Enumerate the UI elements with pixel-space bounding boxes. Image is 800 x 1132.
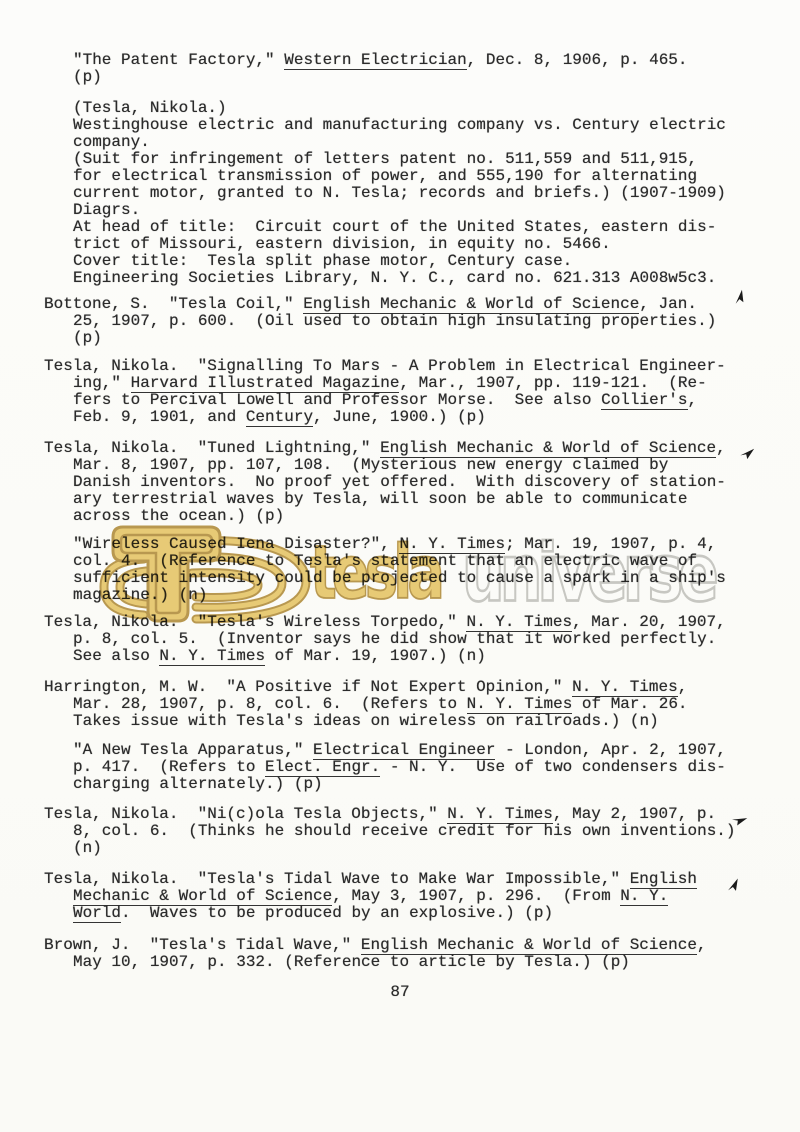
text-segment: company. <box>73 134 150 151</box>
bib-line: Engineering Societies Library, N. Y. C.,… <box>73 270 716 287</box>
text-segment: , Mar., 1907, pp. 119-121. (Re- <box>399 375 706 392</box>
text-segment: "A New Tesla Apparatus," <box>73 742 313 759</box>
text-segment: (Suit for infringement of letters patent… <box>73 151 697 168</box>
bib-line: (p) <box>73 69 102 86</box>
text-segment: Diagrs. <box>73 202 140 219</box>
text-segment: Tesla, Nikola. "Tuned Lightning," <box>44 440 380 457</box>
text-segment: for electrical transmission of power, an… <box>73 168 697 185</box>
bib-line: col. 4. (Reference to Tesla's statement … <box>73 553 697 570</box>
underlined-publication-title: N. Y. Times <box>159 648 265 666</box>
bib-line: sufficient intensity could be projected … <box>73 570 726 587</box>
text-segment: Brown, J. "Tesla's Tidal Wave," <box>44 937 361 954</box>
bib-line: charging alternately.) (p) <box>73 776 323 793</box>
text-segment: , June, 1900.) (p) <box>313 409 486 426</box>
text-segment: (p) <box>73 330 102 347</box>
bib-line: 8, col. 6. (Thinks he should receive cre… <box>73 823 736 840</box>
bib-line: (Tesla, Nikola.) <box>73 100 227 117</box>
underlined-publication-title: Century <box>246 409 313 427</box>
text-segment: Cover title: Tesla split phase motor, Ce… <box>73 253 572 270</box>
text-segment: ing," <box>73 375 131 392</box>
text-segment: 8, col. 6. (Thinks he should receive cre… <box>73 823 736 840</box>
bib-line: Feb. 9, 1901, and Century, June, 1900.) … <box>73 409 486 427</box>
underlined-publication-title: Collier's <box>601 392 687 410</box>
text-segment: - N. Y. Use of two condensers dis- <box>380 759 726 776</box>
bib-line: (Suit for infringement of letters patent… <box>73 151 697 168</box>
text-segment: , Dec. 8, 1906, p. 465. <box>467 52 688 69</box>
bib-line: for electrical transmission of power, an… <box>73 168 697 185</box>
bib-line: company. <box>73 134 150 151</box>
text-segment: , Mar. 20, 1907, <box>572 614 726 631</box>
text-segment: of Mar. 26. <box>572 696 687 713</box>
bib-line: "The Patent Factory," Western Electricia… <box>73 52 688 70</box>
text-segment: (n) <box>73 840 102 857</box>
text-segment: "Wireless Caused Iena Disaster?", <box>73 536 399 553</box>
bib-line: (p) <box>73 330 102 347</box>
text-segment: Danish inventors. No proof yet offered. … <box>73 474 726 491</box>
text-segment: Mar. 28, 1907, p. 8, col. 6. (Refers to <box>73 696 467 713</box>
bib-line: Diagrs. <box>73 202 140 219</box>
text-segment: Harrington, M. W. "A Positive if Not Exp… <box>44 679 572 696</box>
text-segment: magazine.) (n) <box>73 587 207 604</box>
bib-line: Cover title: Tesla split phase motor, Ce… <box>73 253 572 270</box>
text-segment: , <box>688 392 698 409</box>
text-segment: charging alternately.) (p) <box>73 776 323 793</box>
text-segment: . Waves to be produced by an explosive.)… <box>121 905 553 922</box>
text-segment: of Mar. 19, 1907.) (n) <box>265 648 486 665</box>
text-segment: , <box>716 440 726 457</box>
underlined-publication-title: Western Electrician <box>284 52 466 70</box>
text-segment: col. 4. (Reference to Tesla's statement … <box>73 553 697 570</box>
bib-line: current motor, granted to N. Tesla; reco… <box>73 185 726 202</box>
text-segment: trict of Missouri, eastern division, in … <box>73 236 611 253</box>
pen-mark-icon <box>731 288 748 305</box>
text-segment: ; Mar. 19, 1907, p. 4, <box>505 536 716 553</box>
bib-line: p. 8, col. 5. (Inventor says he did show… <box>73 631 716 648</box>
bib-line: Takes issue with Tesla's ideas on wirele… <box>73 713 659 730</box>
underlined-publication-title: N. Y. <box>620 888 668 906</box>
text-segment: p. 417. (Refers to <box>73 759 265 776</box>
text-segment: Tesla, Nikola. "Signalling To Mars - A P… <box>44 358 726 375</box>
bib-line: (n) <box>73 840 102 857</box>
page-number: 87 <box>0 984 800 1001</box>
text-segment: May 10, 1907, p. 332. (Reference to arti… <box>73 954 630 971</box>
bib-line: At head of title: Circuit court of the U… <box>73 219 716 236</box>
text-segment: "The Patent Factory," <box>73 52 284 69</box>
bib-line: See also N. Y. Times of Mar. 19, 1907.) … <box>73 648 486 666</box>
scanned-document-page: "The Patent Factory," Western Electricia… <box>0 0 800 1132</box>
text-segment: , May 2, 1907, p. <box>553 806 716 823</box>
bib-line: World. Waves to be produced by an explos… <box>73 905 553 923</box>
text-segment: sufficient intensity could be projected … <box>73 570 726 587</box>
text-segment: Bottone, S. "Tesla Coil," <box>44 296 303 313</box>
text-segment: At head of title: Circuit court of the U… <box>73 219 716 236</box>
text-segment: - London, Apr. 2, 1907, <box>495 742 725 759</box>
bib-line: Mar. 8, 1907, pp. 107, 108. (Mysterious … <box>73 457 668 474</box>
text-segment: ary terrestrial waves by Tesla, will soo… <box>73 491 688 508</box>
text-segment: Tesla, Nikola. "Ni(c)ola Tesla Objects," <box>44 806 447 823</box>
text-segment: See also <box>73 648 159 665</box>
text-segment: Mar. 8, 1907, pp. 107, 108. (Mysterious … <box>73 457 668 474</box>
text-segment: (Tesla, Nikola.) <box>73 100 227 117</box>
pen-mark-icon <box>727 878 741 892</box>
text-segment: Tesla, Nikola. "Tesla's Tidal Wave to Ma… <box>44 871 630 888</box>
text-segment: Engineering Societies Library, N. Y. C.,… <box>73 270 716 287</box>
bib-line: trict of Missouri, eastern division, in … <box>73 236 611 253</box>
text-segment: across the ocean.) (p) <box>73 508 284 525</box>
bib-line: Danish inventors. No proof yet offered. … <box>73 474 726 491</box>
bib-line: ary terrestrial waves by Tesla, will soo… <box>73 491 688 508</box>
text-segment: , <box>697 937 707 954</box>
text-segment: Tesla, Nikola. "Tesla's Wireless Torpedo… <box>44 614 466 631</box>
bib-line: magazine.) (n) <box>73 587 207 604</box>
text-segment: current motor, granted to N. Tesla; reco… <box>73 185 726 202</box>
bib-line: Westinghouse electric and manufacturing … <box>73 117 726 134</box>
text-segment: , Jan. <box>639 296 697 313</box>
text-segment: Feb. 9, 1901, and <box>73 409 246 426</box>
underlined-publication-title: World <box>73 905 121 923</box>
text-segment: (p) <box>73 69 102 86</box>
text-segment: , <box>678 679 688 696</box>
text-segment: p. 8, col. 5. (Inventor says he did show… <box>73 631 716 648</box>
bib-line: May 10, 1907, p. 332. (Reference to arti… <box>73 954 630 971</box>
bib-line: 25, 1907, p. 600. (Oil used to obtain hi… <box>73 313 716 330</box>
text-segment: 25, 1907, p. 600. (Oil used to obtain hi… <box>73 313 716 330</box>
bib-line: across the ocean.) (p) <box>73 508 284 525</box>
pen-mark-icon <box>739 444 758 463</box>
text-segment: , May 3, 1907, p. 296. (From <box>332 888 620 905</box>
text-segment: Westinghouse electric and manufacturing … <box>73 117 726 134</box>
bib-line: Tesla, Nikola. "Signalling To Mars - A P… <box>44 358 726 375</box>
text-segment: fers to Percival Lowell and Professor Mo… <box>73 392 601 409</box>
text-segment: Takes issue with Tesla's ideas on wirele… <box>73 713 659 730</box>
